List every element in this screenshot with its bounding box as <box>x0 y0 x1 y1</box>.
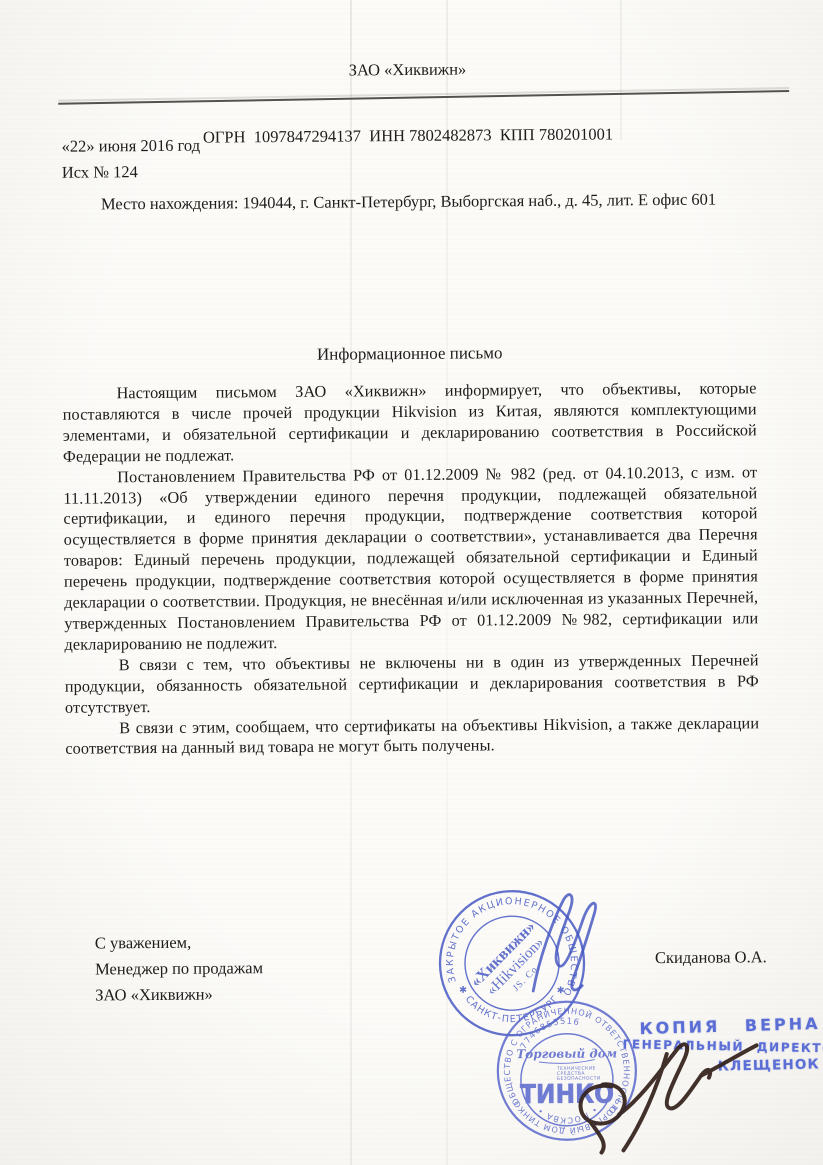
copy-stamp-line-verified: КОПИЯ ВЕРНА <box>639 1014 820 1038</box>
stamp-center-small-2: СРЕДСТВА <box>557 1071 585 1077</box>
svg-text:ОБЩЕСТВО С ОГРАНИЧЕННОЙ ОТВЕТС: ОБЩЕСТВО С ОГРАНИЧЕННОЙ ОТВЕТСТВЕННОСТЬЮ <box>501 1005 632 1117</box>
paragraph: В связи с тем, что объективы не включены… <box>65 650 759 718</box>
copy-stamp-line-name: КЛЕЩЕНОК Г. С. <box>718 1055 823 1074</box>
signoff-position: Менеджер по продажам <box>95 955 263 982</box>
stamp-ring-digits: 7746855516 <box>519 1017 581 1052</box>
stamp-inner-city-text: • МОСКВА • <box>535 1105 599 1125</box>
letter-meta: «22» июня 2016 год Исх № 124 <box>61 133 200 186</box>
scan-tilt-wrapper: ЗАО «Хиквижн» ОГРН 1097847294137 ИНН 780… <box>0 0 823 1165</box>
letter-body: Настоящим письмом ЗАО «Хиквижн» информир… <box>62 378 759 760</box>
stamp-center-small-1: ТЕХНИЧЕСКИЕ <box>556 1066 596 1072</box>
stamp-center-small-3: БЕЗОПАСНОСТИ <box>557 1076 601 1082</box>
svg-text:ЗАКРЫТОЕ АКЦИОНЕРНОЕ ОБЩЕСТВО: ЗАКРЫТОЕ АКЦИОНЕРНОЕ ОБЩЕСТВО <box>444 896 579 1000</box>
signoff-company: ЗАО «Хиквижн» <box>95 981 263 1008</box>
scanned-letter-page: ЗАО «Хиквижн» ОГРН 1097847294137 ИНН 780… <box>0 0 823 1165</box>
manager-signature-icon <box>518 886 611 999</box>
stamp-center-script: Торговый дом <box>516 1046 617 1061</box>
letterhead-company: ЗАО «Хиквижн» <box>0 56 819 84</box>
stamp-ring-top-text: ОБЩЕСТВО С ОГРАНИЧЕННОЙ ОТВЕТСТВЕННОСТЬЮ <box>501 1005 632 1117</box>
signoff-regards: С уважением, <box>95 929 263 956</box>
stamp-center-logo: ТИНКО <box>520 1079 614 1110</box>
svg-text:« ТОРГОВЫЙ ДОМ ТИНКО »: « ТОРГОВЫЙ ДОМ ТИНКО » <box>480 984 624 1138</box>
letter-title: Информационное письмо <box>0 341 821 367</box>
copy-stamp-line-director: ГЕНЕРАЛЬНЫЙ ДИРЕКТОР <box>623 1037 823 1055</box>
stamp-ring-top-text: ЗАКРЫТОЕ АКЦИОНЕРНОЕ ОБЩЕСТВО <box>444 896 579 1000</box>
signoff-block: С уважением, Менеджер по продажам ЗАО «Х… <box>95 929 264 1008</box>
svg-text:7746855516: 7746855516 <box>519 1017 581 1052</box>
paragraph: Постановлением Правительства РФ от 01.12… <box>63 462 758 656</box>
letter-date: «22» июня 2016 год <box>61 133 200 160</box>
letterhead-address: Место нахождения: 194044, г. Санкт-Петер… <box>0 188 820 216</box>
svg-text:• МОСКВА •: • МОСКВА • <box>535 1105 599 1125</box>
paragraph: В связи с этим, сообщаем, что сертификат… <box>65 713 759 760</box>
stamp-center-name-ru: «Хиквижн» <box>467 918 539 990</box>
hikvision-round-stamp-icon: ЗАКРЫТОЕ АКЦИОНЕРНОЕ ОБЩЕСТВО ✱ САНКТ-ПЕ… <box>423 875 600 1052</box>
svg-text:✱ САНКТ-ПЕТЕРБУРГ ✱: ✱ САНКТ-ПЕТЕРБУРГ ✱ <box>455 983 569 1026</box>
tinko-round-stamp-icon: ОБЩЕСТВО С ОГРАНИЧЕННОЙ ОТВЕТСТВЕННОСТЬЮ… <box>480 984 653 1157</box>
stamp-center-sub: JS. Co. <box>511 962 542 993</box>
stamp-ring-bottom-text: « ТОРГОВЫЙ ДОМ ТИНКО » <box>480 984 624 1138</box>
stamp-ring-bottom-text: ✱ САНКТ-ПЕТЕРБУРГ ✱ <box>455 983 569 1026</box>
signer-name: Скиданова О.А. <box>655 947 767 968</box>
letter-ref-number: Исх № 124 <box>62 159 201 186</box>
paragraph: Настоящим письмом ЗАО «Хиквижн» информир… <box>62 378 757 467</box>
stamp-center-name-en: «Hikvision» <box>484 935 547 999</box>
